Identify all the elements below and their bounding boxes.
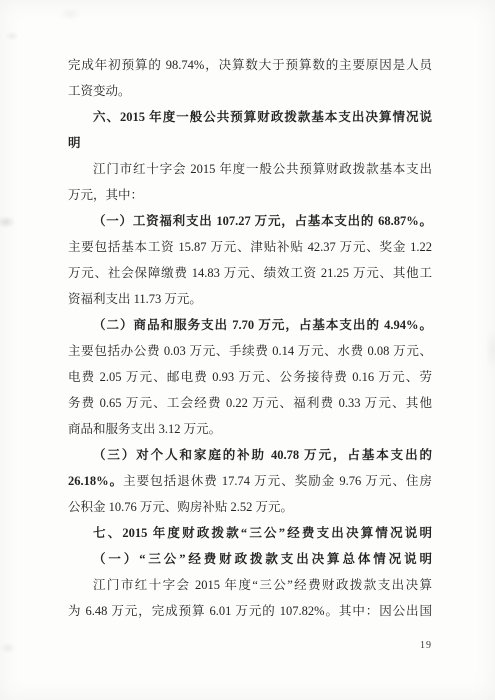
bold-text: 26.18%。 xyxy=(68,474,123,488)
body-text: 工资变动。 xyxy=(68,84,131,98)
text-line: 工资变动。 xyxy=(68,78,432,104)
body-text: 主要包括基本工资 15.87 万元、津贴补贴 42.37 万元、奖金 1.22 xyxy=(68,240,432,254)
bold-text: 六、2015 年度一般公共预算财政拨款基本支出决算情况说 xyxy=(93,110,432,124)
subsection-heading-line: （一）工资福利支出 107.27 万元，占基本支出的 68.87%。 xyxy=(68,208,432,234)
text-line: 为 6.48 万元，完成预算 6.01 万元的 107.82%。其中：因公出国 xyxy=(68,598,432,624)
bold-text: 明 xyxy=(68,136,81,150)
text-line: 万元，其中： xyxy=(68,182,432,208)
text-line: 万元、社会保障缴费 14.83 万元、绩效工资 21.25 万元、其他工 xyxy=(68,260,432,286)
body-text: 江门市红十字会 2015 年度“三公”经费财政拨款支出决算 xyxy=(93,578,432,592)
body-text: 公积金 10.76 万元、购房补贴 2.52 万元。 xyxy=(68,500,293,514)
body-text: 江门市红十字会 2015 年度一般公共预算财政拨款基本支出 xyxy=(93,162,432,176)
section-heading-line: 七、2015 年度财政拨款“三公”经费支出决算情况说明 xyxy=(68,520,432,546)
text-line: 26.18%。主要包括退休费 17.74 万元、奖励金 9.76 万元、住房 xyxy=(68,468,432,494)
text-line: 商品和服务支出 3.12 万元。 xyxy=(68,416,432,442)
body-text: 主要包括办公费 0.03 万元、手续费 0.14 万元、水费 0.08 万元、 xyxy=(68,344,432,358)
text-line: 主要包括办公费 0.03 万元、手续费 0.14 万元、水费 0.08 万元、 xyxy=(68,338,432,364)
text-line: 资福利支出 11.73 万元。 xyxy=(68,286,432,312)
text-line: 完成年初预算的 98.74%，决算数大于预算数的主要原因是人员 xyxy=(68,52,432,78)
bold-text: 七、2015 年度财政拨款“三公”经费支出决算情况说明 xyxy=(93,526,432,540)
bold-text: （一）工资福利支出 107.27 万元，占基本支出的 68.87%。 xyxy=(93,214,432,228)
document-body: 完成年初预算的 98.74%，决算数大于预算数的主要原因是人员 工资变动。 六、… xyxy=(68,52,432,624)
bold-text: （三）对个人和家庭的补助 40.78 万元，占基本支出的 xyxy=(93,448,432,462)
subsection-heading-line: （一）“三公”经费财政拨款支出决算总体情况说明 xyxy=(68,546,432,572)
body-text: 主要包括退休费 17.74 万元、奖励金 9.76 万元、住房 xyxy=(123,474,432,488)
text-line: 主要包括基本工资 15.87 万元、津贴补贴 42.37 万元、奖金 1.22 xyxy=(68,234,432,260)
body-text: 资福利支出 11.73 万元。 xyxy=(68,292,202,306)
body-text: 电费 2.05 万元、邮电费 0.93 万元、公务接待费 0.16 万元、劳 xyxy=(68,370,432,384)
subsection-heading-line: （二）商品和服务支出 7.70 万元，占基本支出的 4.94%。 xyxy=(68,312,432,338)
body-text: 务费 0.65 万元、工会经费 0.22 万元、福利费 0.33 万元、其他 xyxy=(68,396,432,410)
body-text: 万元，其中： xyxy=(68,188,143,202)
subsection-heading-line: （三）对个人和家庭的补助 40.78 万元，占基本支出的 xyxy=(68,442,432,468)
text-line: 江门市红十字会 2015 年度一般公共预算财政拨款基本支出 xyxy=(68,156,432,182)
text-line: 江门市红十字会 2015 年度“三公”经费财政拨款支出决算 xyxy=(68,572,432,598)
body-text: 万元、社会保障缴费 14.83 万元、绩效工资 21.25 万元、其他工 xyxy=(68,266,432,280)
section-heading-line: 六、2015 年度一般公共预算财政拨款基本支出决算情况说 xyxy=(68,104,432,130)
text-line: 务费 0.65 万元、工会经费 0.22 万元、福利费 0.33 万元、其他 xyxy=(68,390,432,416)
body-text: 完成年初预算的 98.74%，决算数大于预算数的主要原因是人员 xyxy=(68,58,432,72)
bold-text: （一）“三公”经费财政拨款支出决算总体情况说明 xyxy=(93,552,432,566)
page-number: 19 xyxy=(420,640,432,651)
bold-text: （二）商品和服务支出 7.70 万元，占基本支出的 4.94%。 xyxy=(93,318,432,332)
section-heading-line: 明 xyxy=(68,130,432,156)
body-text: 商品和服务支出 3.12 万元。 xyxy=(68,422,221,436)
document-page: 完成年初预算的 98.74%，决算数大于预算数的主要原因是人员 工资变动。 六、… xyxy=(0,0,495,700)
text-line: 公积金 10.76 万元、购房补贴 2.52 万元。 xyxy=(68,494,432,520)
text-line: 电费 2.05 万元、邮电费 0.93 万元、公务接待费 0.16 万元、劳 xyxy=(68,364,432,390)
body-text: 为 6.48 万元，完成预算 6.01 万元的 107.82%。其中：因公出国 xyxy=(68,604,432,618)
